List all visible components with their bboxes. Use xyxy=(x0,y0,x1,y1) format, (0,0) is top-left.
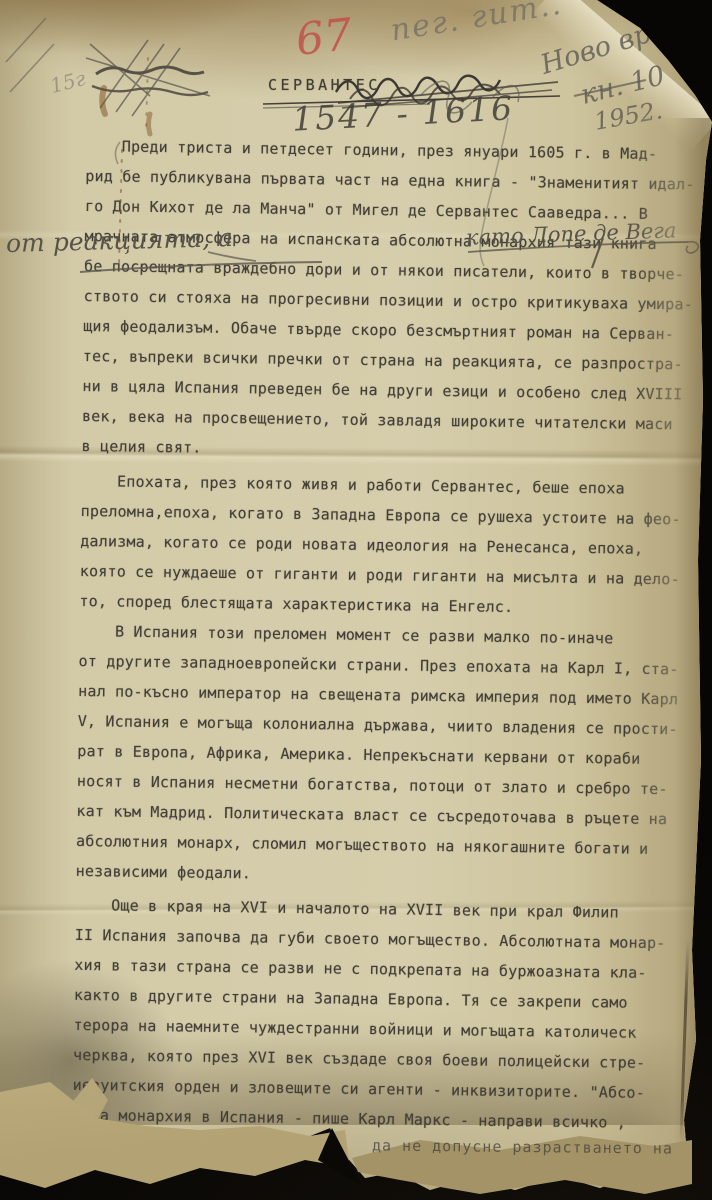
typed-line-fragment: да не допусне разрастването на xyxy=(372,1136,673,1157)
document-title: СЕРВАНТЕС xyxy=(268,76,381,94)
handwritten-red-number: 67 xyxy=(293,9,354,66)
handwritten-margin-number: 15г xyxy=(48,66,88,98)
fold-line-right xyxy=(680,940,690,1140)
handwritten-insertion-left: от реакцията, а xyxy=(6,223,234,258)
typed-text-block: Преди триста и петдесет години, през яну… xyxy=(72,131,690,1138)
scribble-top-left xyxy=(86,40,210,116)
handwritten-note-top: пег. гит.. xyxy=(388,0,565,48)
paper-sheet: СЕРВАНТЕС Преди триста и петдесет години… xyxy=(0,0,712,1200)
scanned-document: СЕРВАНТЕС Преди триста и петдесет години… xyxy=(0,0,712,1200)
corner-pencil-strokes xyxy=(6,18,54,92)
handwritten-years-range: 1547 - 1616 xyxy=(291,88,515,139)
